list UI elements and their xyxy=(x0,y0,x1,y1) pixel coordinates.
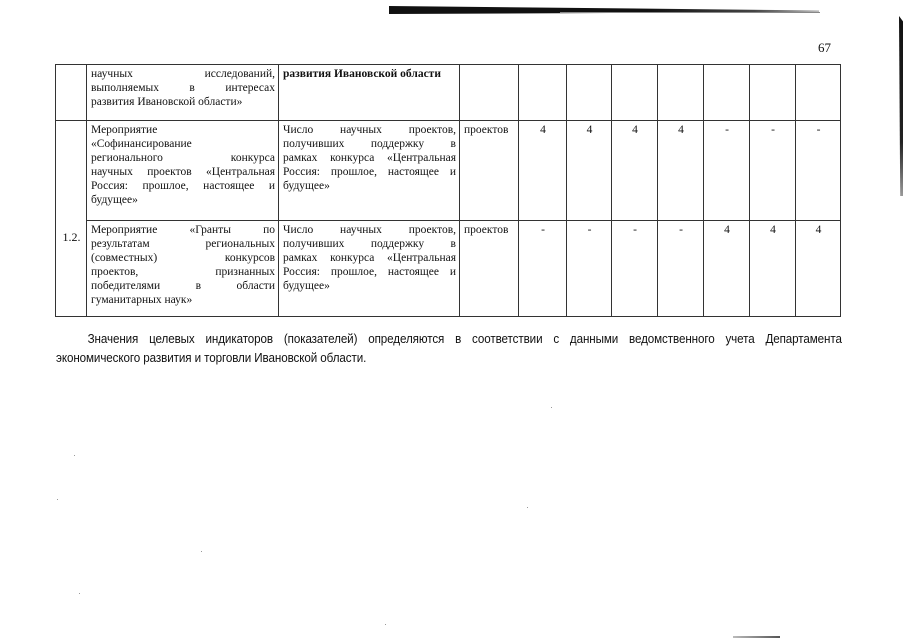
value-cell xyxy=(612,65,658,121)
event-cell-line: Мероприятие «Гранты по xyxy=(91,223,275,237)
indicator-cell-line: получивших поддержку в xyxy=(283,237,456,251)
indicator-cell-line: рамках конкурса «Центральная xyxy=(283,151,456,165)
event-cell-line: (совместных) конкурсов xyxy=(91,251,275,265)
value-cell: 4 xyxy=(567,121,612,221)
indicator-cell-line: рамках конкурса «Центральная xyxy=(283,251,456,265)
event-cell: Мероприятие «Гранты порезультатам регион… xyxy=(87,221,279,317)
indicator-cell: развития Ивановской области xyxy=(279,65,460,121)
event-cell: Мероприятие«Софинансированиерегиональног… xyxy=(87,121,279,221)
unit-cell: проектов xyxy=(460,221,519,317)
indicator-cell-line: Число научных проектов, xyxy=(283,123,456,137)
page-number: 67 xyxy=(818,40,831,56)
event-cell-line: выполняемых в интересах xyxy=(91,81,275,95)
scan-artifact-bottom-line xyxy=(733,636,780,638)
event-cell-line: будущее» xyxy=(91,193,275,207)
value-cell: - xyxy=(796,121,841,221)
table-row: 1.2.Мероприятие«Софинансированиерегионал… xyxy=(56,121,841,221)
value-cell: 4 xyxy=(658,121,704,221)
indicator-cell-line: получивших поддержку в xyxy=(283,137,456,151)
indicator-cell-line: Россия: прошлое, настоящее и xyxy=(283,165,456,179)
value-cell xyxy=(796,65,841,121)
indicator-cell-line: Россия: прошлое, настоящее и xyxy=(283,265,456,279)
table-row: научных исследований,выполняемых в интер… xyxy=(56,65,841,121)
event-cell-line: научных проектов «Центральная xyxy=(91,165,275,179)
table-row: Мероприятие «Гранты порезультатам регион… xyxy=(56,221,841,317)
indicator-cell: Число научных проектов,получивших поддер… xyxy=(279,121,460,221)
indicator-cell-line: развития Ивановской области xyxy=(283,67,456,81)
value-cell: 4 xyxy=(750,221,796,317)
event-cell-line: гуманитарных наук» xyxy=(91,293,275,307)
scan-artifact-right-bar xyxy=(899,16,903,196)
value-cell: 4 xyxy=(796,221,841,317)
value-cell xyxy=(567,65,612,121)
event-cell-line: результатам региональных xyxy=(91,237,275,251)
footnote-text: Значения целевых индикаторов (показателе… xyxy=(56,330,842,368)
event-cell: научных исследований,выполняемых в интер… xyxy=(87,65,279,121)
indicator-cell-line: будущее» xyxy=(283,279,456,293)
event-cell-line: «Софинансирование xyxy=(91,137,275,151)
row-index-cell: 1.2. xyxy=(56,121,87,317)
value-cell: - xyxy=(519,221,567,317)
event-cell-line: Россия: прошлое, настоящее и xyxy=(91,179,275,193)
value-cell: - xyxy=(612,221,658,317)
row-index-cell xyxy=(56,65,87,121)
indicator-cell-line: будущее» xyxy=(283,179,456,193)
scan-artifact-top-line xyxy=(560,12,820,13)
value-cell: - xyxy=(567,221,612,317)
value-cell xyxy=(750,65,796,121)
value-cell xyxy=(704,65,750,121)
value-cell: 4 xyxy=(704,221,750,317)
value-cell: 4 xyxy=(612,121,658,221)
indicator-cell: Число научных проектов,получивших поддер… xyxy=(279,221,460,317)
value-cell xyxy=(519,65,567,121)
footnote: Значения целевых индикаторов (показателе… xyxy=(56,330,842,368)
indicator-cell-line: Число научных проектов, xyxy=(283,223,456,237)
event-cell-line: победителями в области xyxy=(91,279,275,293)
event-cell-line: проектов, признанных xyxy=(91,265,275,279)
unit-cell: проектов xyxy=(460,121,519,221)
event-cell-line: развития Ивановской области» xyxy=(91,95,275,109)
unit-cell xyxy=(460,65,519,121)
value-cell: 4 xyxy=(519,121,567,221)
value-cell: - xyxy=(750,121,796,221)
event-cell-line: регионального конкурса xyxy=(91,151,275,165)
indicators-table: научных исследований,выполняемых в интер… xyxy=(55,64,841,317)
value-cell: - xyxy=(704,121,750,221)
value-cell xyxy=(658,65,704,121)
value-cell: - xyxy=(658,221,704,317)
event-cell-line: научных исследований, xyxy=(91,67,275,81)
event-cell-line: Мероприятие xyxy=(91,123,275,137)
